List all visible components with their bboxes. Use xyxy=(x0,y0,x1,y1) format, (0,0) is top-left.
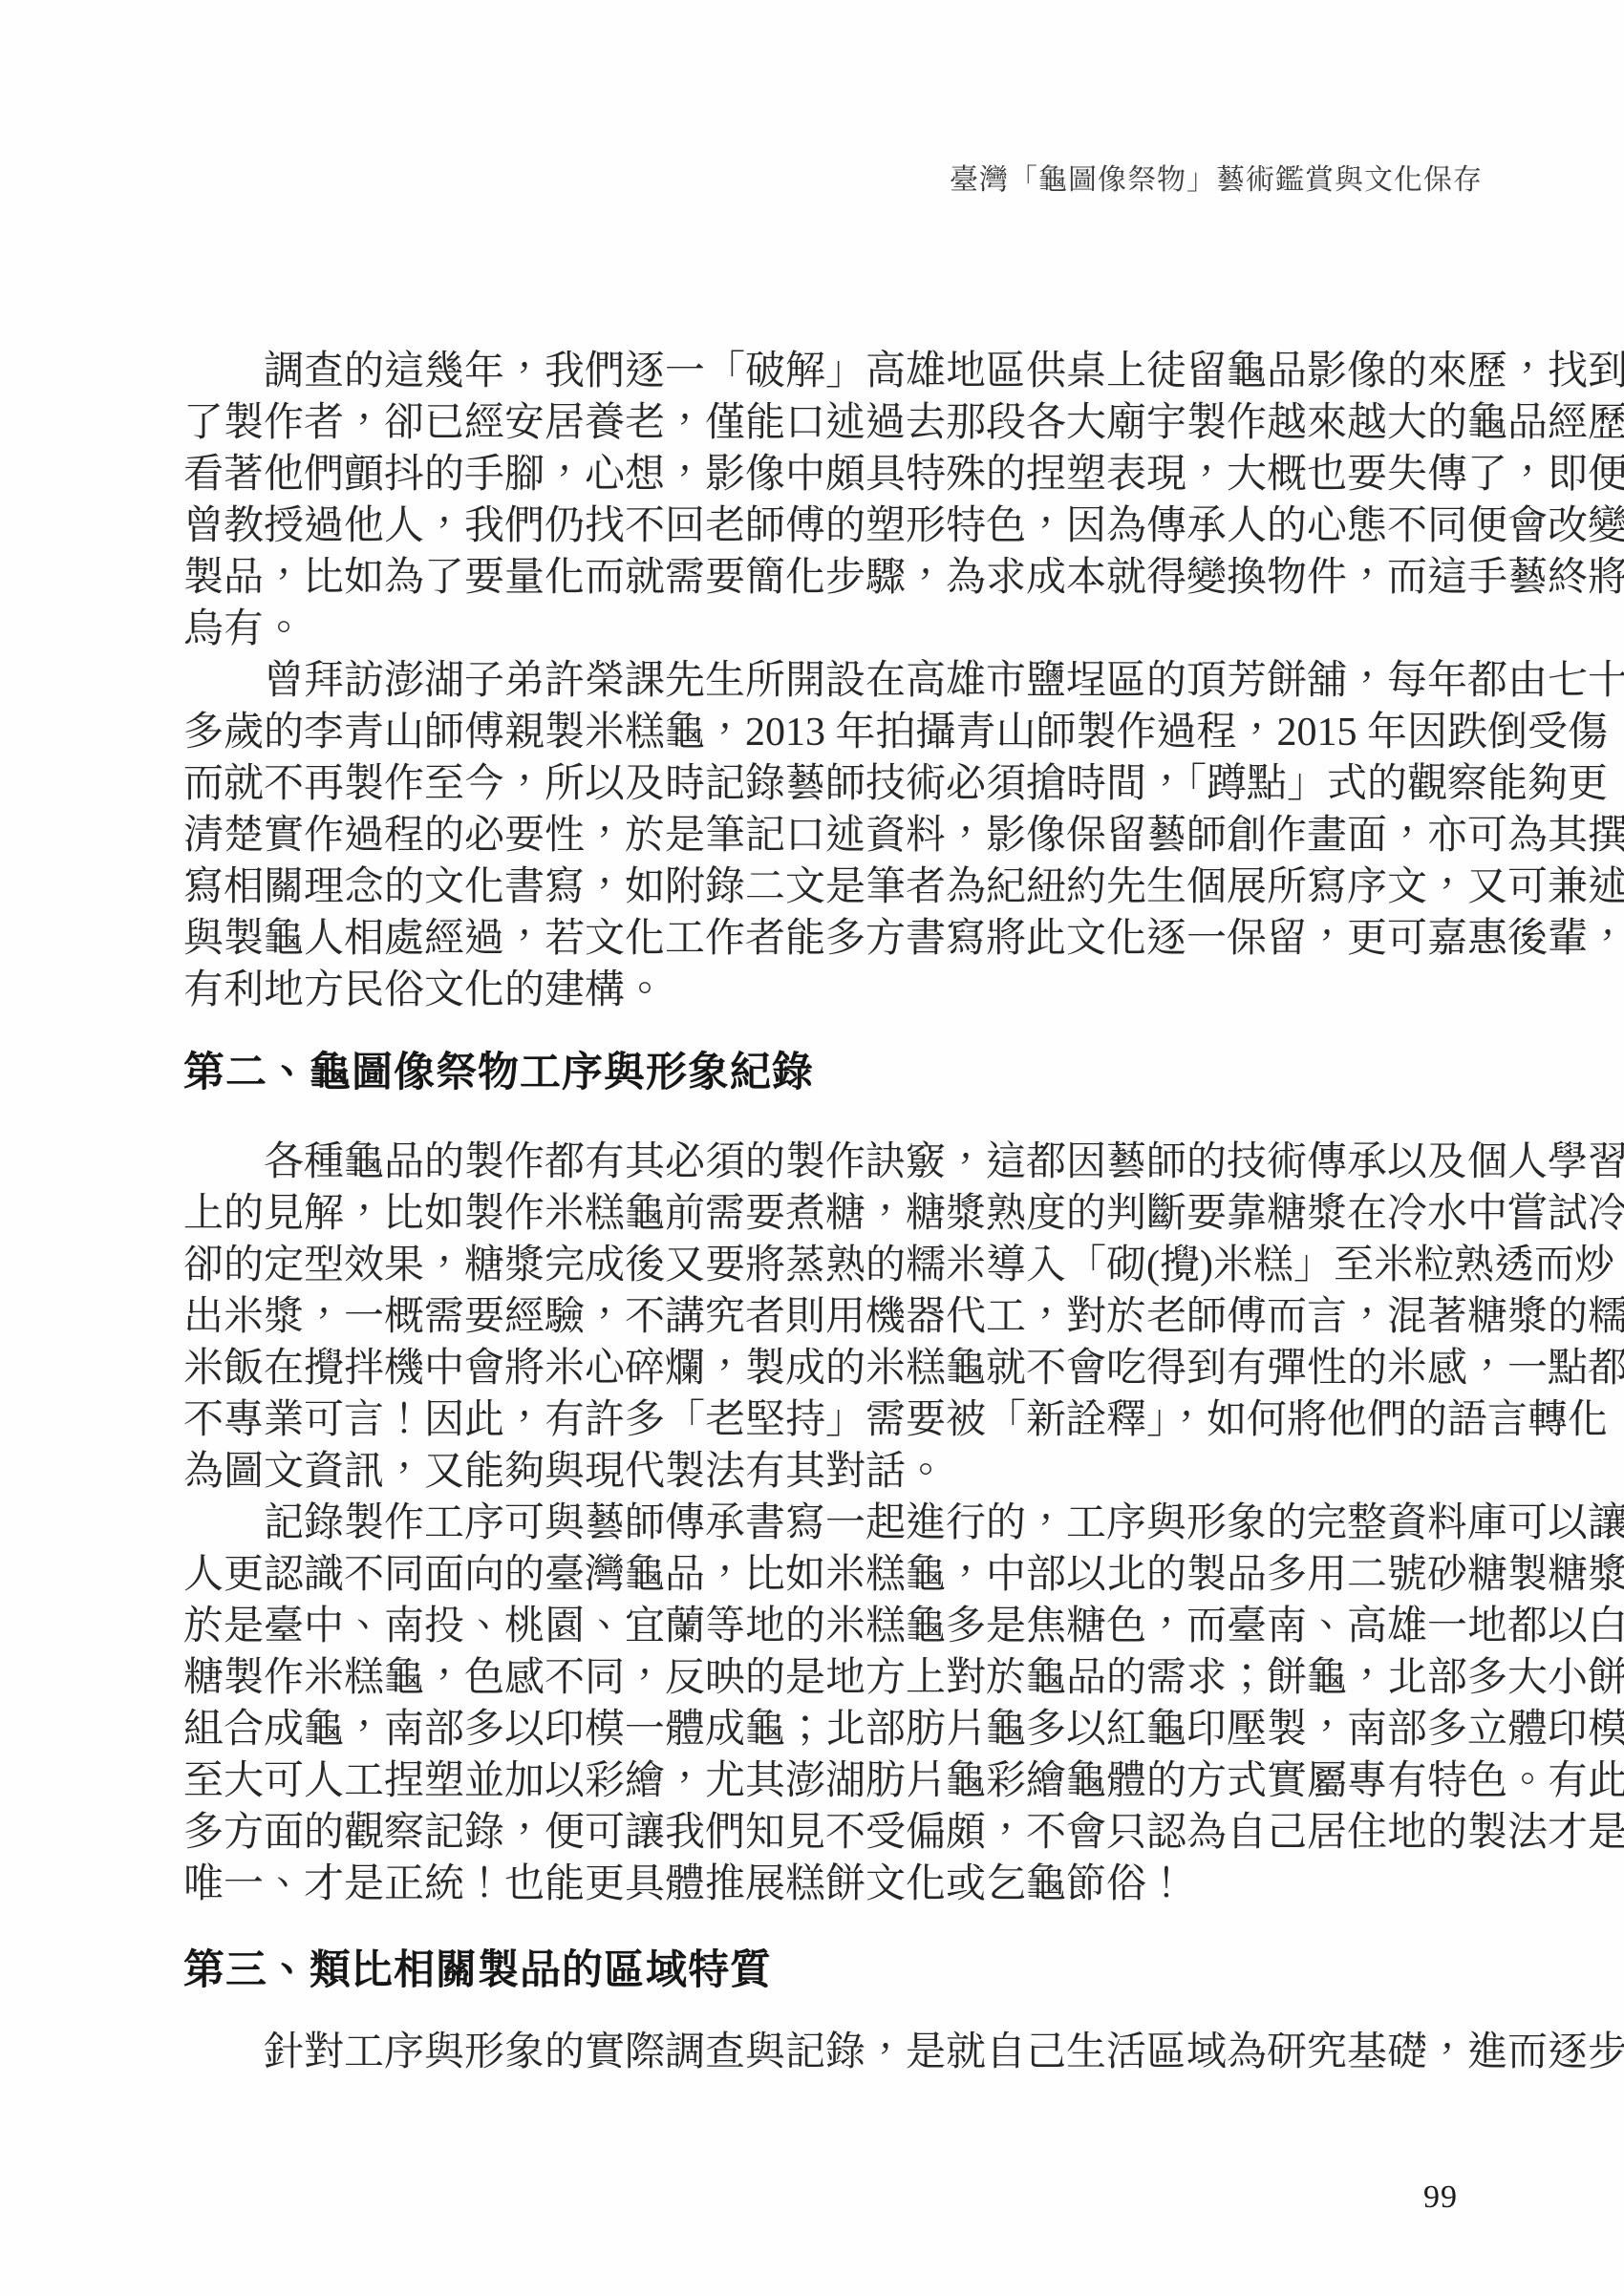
paragraph-line: 至大可人工捏塑並加以彩繪，尤其澎湖肪片龜彩繪龜體的方式實屬專有特色。有此 xyxy=(183,1755,1588,1807)
paragraph-line: 而就不再製作至今，所以及時記錄藝師技術必須搶時間，「蹲點」式的觀察能夠更 xyxy=(183,758,1588,810)
paragraph-line: 與製龜人相處經過，若文化工作者能多方書寫將此文化逐一保留，更可嘉惠後輩， xyxy=(183,913,1588,965)
paragraph-line: 為圖文資訊，又能夠與現代製法有其對話。 xyxy=(183,1446,1588,1498)
paragraph-line: 記錄製作工序可與藝師傳承書寫一起進行的，工序與形象的完整資料庫可以讓 xyxy=(183,1498,1588,1549)
paragraph-line: 了製作者，卻已經安居養老，僅能口述過去那段各大廟宇製作越來越大的龜品經歷， xyxy=(183,397,1588,449)
body-column: 調查的這幾年，我們逐一「破解」高雄地區供桌上徒留龜品影像的來歷，找到了製作者，卻… xyxy=(183,346,1588,2078)
paragraph-line: 有利地方民俗文化的建構。 xyxy=(183,965,1588,1016)
paragraph: 調查的這幾年，我們逐一「破解」高雄地區供桌上徒留龜品影像的來歷，找到了製作者，卻… xyxy=(183,346,1588,655)
section-heading: 第三、類比相關製品的區域特質 xyxy=(183,1948,1588,1994)
document-page: 臺灣「龜圖像祭物」藝術鑑賞與文化保存 調查的這幾年，我們逐一「破解」高雄地區供桌… xyxy=(0,0,1624,2296)
paragraph: 記錄製作工序可與藝師傳承書寫一起進行的，工序與形象的完整資料庫可以讓人更認識不同… xyxy=(183,1498,1588,1910)
paragraph-line: 米飯在攪拌機中會將米心碎爛，製成的米糕龜就不會吃得到有彈性的米感，一點都 xyxy=(183,1343,1588,1394)
paragraph-line: 曾教授過他人，我們仍找不回老師傅的塑形特色，因為傳承人的心態不同便會改變 xyxy=(183,500,1588,552)
paragraph-line: 於是臺中、南投、桃園、宜蘭等地的米糕龜多是焦糖色，而臺南、高雄一地都以白 xyxy=(183,1601,1588,1652)
paragraph-line: 出米漿，一概需要經驗，不講究者則用機器代工，對於老師傅而言，混著糖漿的糯 xyxy=(183,1291,1588,1343)
paragraph-line: 不專業可言！因此，有許多「老堅持」需要被「新詮釋」，如何將他們的語言轉化 xyxy=(183,1394,1588,1446)
paragraph-line: 多方面的觀察記錄，便可讓我們知見不受偏頗，不會只認為自己居住地的製法才是 xyxy=(183,1807,1588,1859)
paragraph: 曾拜訪澎湖子弟許榮課先生所開設在高雄市鹽埕區的頂芳餅舖，每年都由七十多歲的李青山… xyxy=(183,655,1588,1016)
paragraph-line: 看著他們顫抖的手腳，心想，影像中頗具特殊的捏塑表現，大概也要失傳了，即便 xyxy=(183,449,1588,500)
paragraph-line: 寫相關理念的文化書寫，如附錄二文是筆者為紀紐約先生個展所寫序文，又可兼述 xyxy=(183,861,1588,913)
paragraph-line: 針對工序與形象的實際調查與記錄，是就自己生活區域為研究基礎，進而逐步擴 xyxy=(183,2027,1588,2078)
paragraph: 各種龜品的製作都有其必須的製作訣竅，這都因藝師的技術傳承以及個人學習上的見解，比… xyxy=(183,1137,1588,1498)
paragraph-line: 清楚實作過程的必要性，於是筆記口述資料，影像保留藝師創作畫面，亦可為其撰 xyxy=(183,810,1588,861)
paragraph-line: 人更認識不同面向的臺灣龜品，比如米糕龜，中部以北的製品多用二號砂糖製糖漿， xyxy=(183,1549,1588,1601)
paragraph-line: 唯一、才是正統！也能更具體推展糕餅文化或乞龜節俗！ xyxy=(183,1859,1588,1910)
section-heading: 第二、龜圖像祭物工序與形象紀錄 xyxy=(183,1051,1588,1096)
page-number: 99 xyxy=(1423,2179,1458,2216)
paragraph-line: 調查的這幾年，我們逐一「破解」高雄地區供桌上徒留龜品影像的來歷，找到 xyxy=(183,346,1588,397)
paragraph-line: 卻的定型效果，糖漿完成後又要將蒸熟的糯米導入「砌(攪)米糕」至米粒熟透而炒 xyxy=(183,1240,1588,1291)
paragraph-line: 糖製作米糕龜，色感不同，反映的是地方上對於龜品的需求；餅龜，北部多大小餅 xyxy=(183,1652,1588,1704)
paragraph-line: 組合成龜，南部多以印模一體成龜；北部肪片龜多以紅龜印壓製，南部多立體印模， xyxy=(183,1704,1588,1755)
paragraph-line: 各種龜品的製作都有其必須的製作訣竅，這都因藝師的技術傳承以及個人學習 xyxy=(183,1137,1588,1188)
paragraph-line: 曾拜訪澎湖子弟許榮課先生所開設在高雄市鹽埕區的頂芳餅舖，每年都由七十 xyxy=(183,655,1588,707)
paragraph-line: 製品，比如為了要量化而就需要簡化步驟，為求成本就得變換物件，而這手藝終將 xyxy=(183,552,1588,604)
paragraph-line: 上的見解，比如製作米糕龜前需要煮糖，糖漿熟度的判斷要靠糖漿在冷水中嘗試冷 xyxy=(183,1188,1588,1240)
paragraph-line: 多歲的李青山師傅親製米糕龜，2013 年拍攝青山師製作過程，2015 年因跌倒受… xyxy=(183,707,1588,758)
running-header: 臺灣「龜圖像祭物」藝術鑑賞與文化保存 xyxy=(950,164,1483,197)
paragraph: 針對工序與形象的實際調查與記錄，是就自己生活區域為研究基礎，進而逐步擴 xyxy=(183,2027,1588,2078)
paragraph-line: 烏有。 xyxy=(183,604,1588,655)
